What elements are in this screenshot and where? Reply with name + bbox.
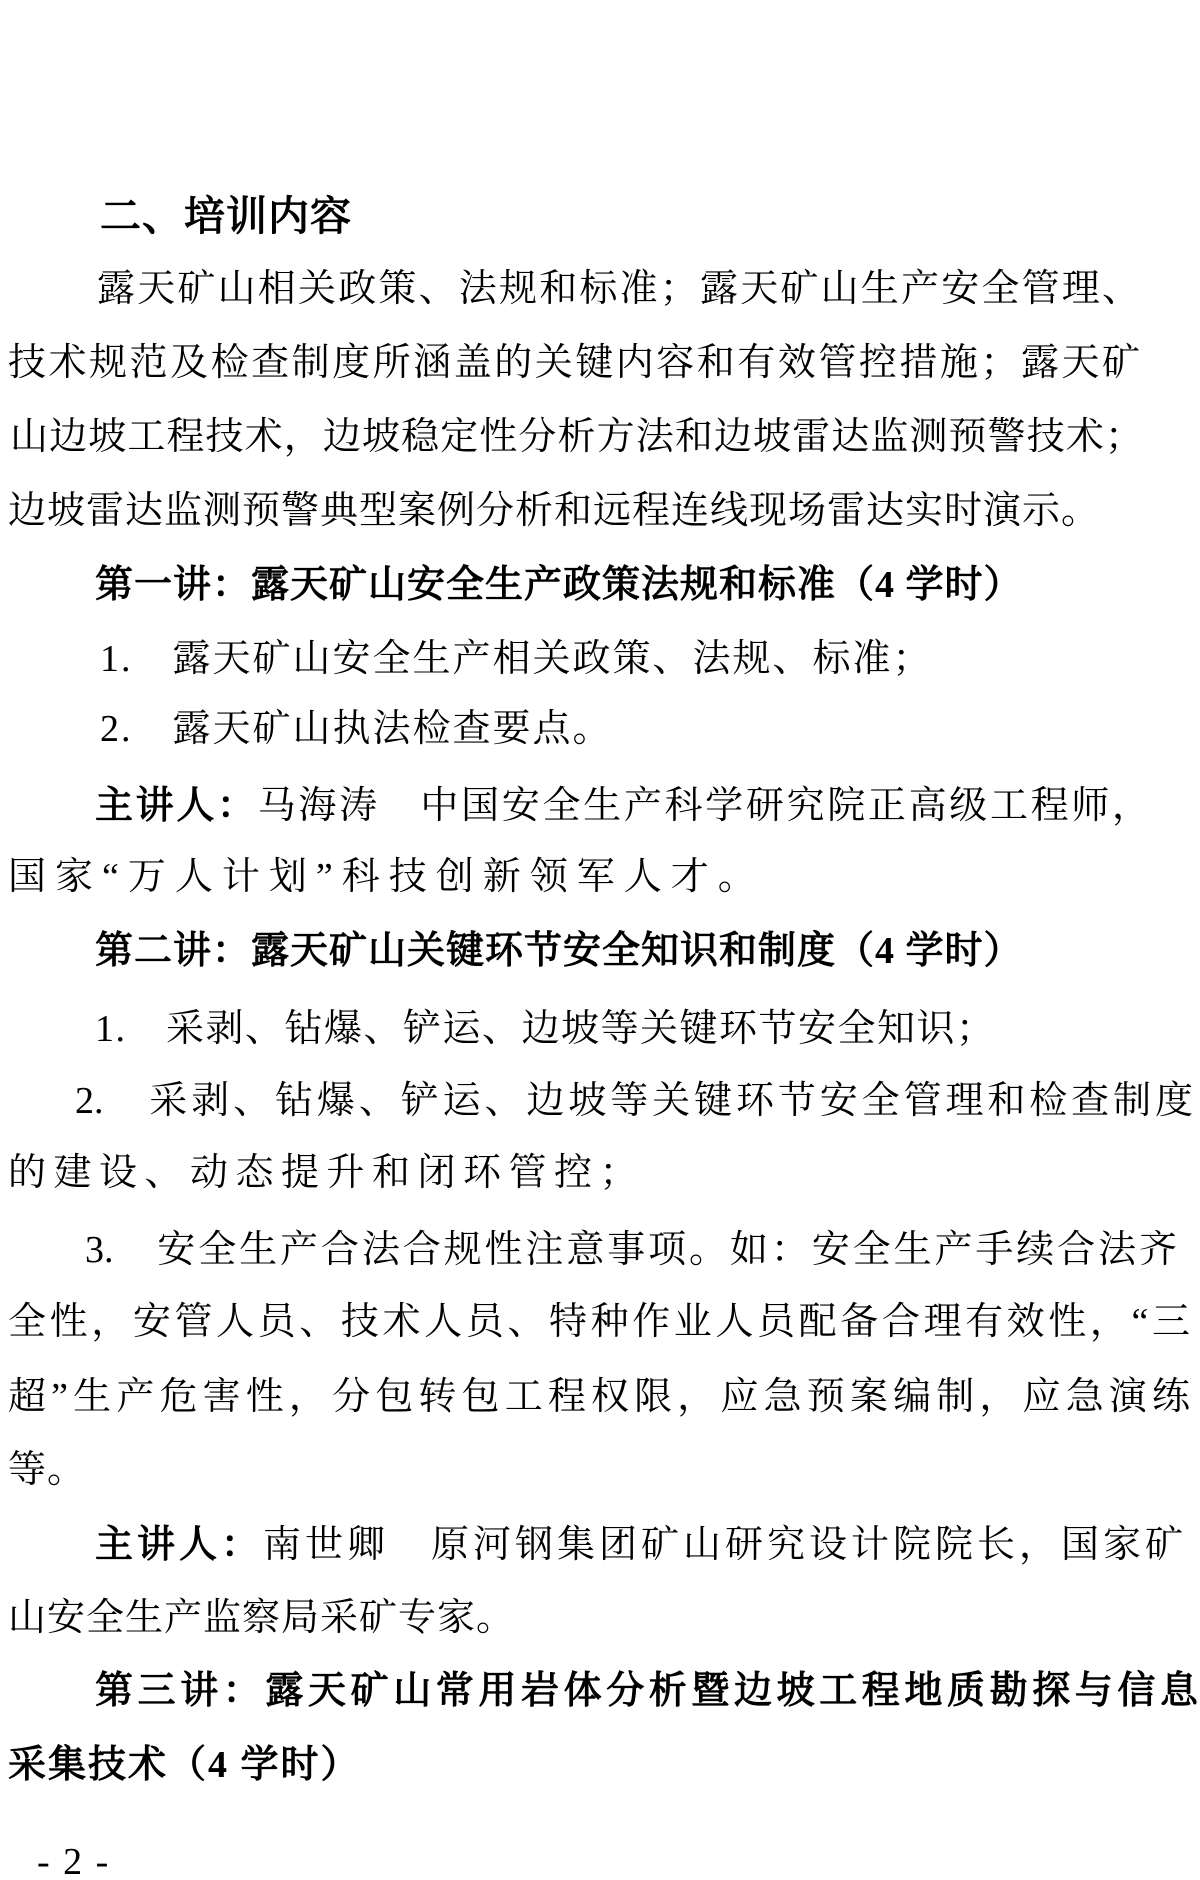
lecture1-speaker-line-continuation: 国家“万人计划”科技创新领军人才。 bbox=[8, 856, 765, 899]
lecture2-item-3-continuation: 等。 bbox=[8, 1449, 86, 1492]
lecture2-speaker-line-continuation: 山安全生产监察局采矿专家。 bbox=[8, 1597, 515, 1640]
lecture1-title: 第一讲：露天矿山安全生产政策法规和标准（4 学时） bbox=[95, 564, 1023, 607]
lecture2-item-3-line: 超”生产危害性，分包转包工程权限，应急预案编制，应急演练 bbox=[8, 1376, 1190, 1419]
lecture1-item-1: 1. 露天矿山安全生产相关政策、法规、标准； bbox=[100, 638, 933, 681]
speaker-label: 主讲人： bbox=[95, 785, 258, 827]
intro-paragraph-line: 露天矿山相关政策、法规和标准；露天矿山生产安全管理、 bbox=[97, 268, 1140, 311]
intro-paragraph-line: 边坡雷达监测预警典型案例分析和远程连线现场雷达实时演示。 bbox=[8, 490, 1100, 533]
lecture2-item-3-line: 全性，安管人员、技术人员、特种作业人员配备合理有效性，“三 bbox=[8, 1301, 1190, 1344]
lecture2-item-2-line: 2. 采剥、钻爆、铲运、边坡等关键环节安全管理和检查制度 bbox=[75, 1080, 1193, 1123]
speaker-label: 主讲人： bbox=[95, 1524, 263, 1566]
lecture2-item-1: 1. 采剥、钻爆、铲运、边坡等关键环节安全知识； bbox=[95, 1008, 996, 1051]
document-page: 二、培训内容 露天矿山相关政策、法规和标准；露天矿山生产安全管理、 技术规范及检… bbox=[0, 0, 1200, 1880]
lecture3-title-line: 第三讲：露天矿山常用岩体分析暨边坡工程地质勘探与信息 bbox=[95, 1670, 1198, 1713]
intro-paragraph-line: 技术规范及检查制度所涵盖的关键内容和有效管控措施；露天矿 bbox=[8, 342, 1140, 385]
intro-paragraph-line: 山边坡工程技术，边坡稳定性分析方法和边坡雷达监测预警技术； bbox=[10, 416, 1143, 459]
lecture2-item-3-line: 3. 安全生产合法合规性注意事项。如：安全生产手续合法齐 bbox=[85, 1229, 1177, 1272]
page-number: - 2 - bbox=[37, 1841, 110, 1880]
lecture1-speaker-line: 主讲人：马海涛 中国安全生产科学研究院正高级工程师， bbox=[95, 785, 1150, 828]
section-heading-training-content: 二、培训内容 bbox=[100, 194, 352, 240]
speaker-text: 南世卿 原河钢集团矿山研究设计院院长，国家矿 bbox=[263, 1524, 1183, 1566]
lecture2-item-2-continuation: 的建设、动态提升和闭环管控； bbox=[8, 1152, 645, 1195]
lecture3-title-continuation: 采集技术（4 学时） bbox=[8, 1744, 361, 1787]
lecture2-speaker-line: 主讲人：南世卿 原河钢集团矿山研究设计院院长，国家矿 bbox=[95, 1524, 1183, 1567]
speaker-text: 马海涛 中国安全生产科学研究院正高级工程师， bbox=[258, 785, 1150, 827]
lecture1-item-2: 2. 露天矿山执法检查要点。 bbox=[100, 708, 613, 751]
lecture2-title: 第二讲：露天矿山关键环节安全知识和制度（4 学时） bbox=[95, 930, 1023, 973]
